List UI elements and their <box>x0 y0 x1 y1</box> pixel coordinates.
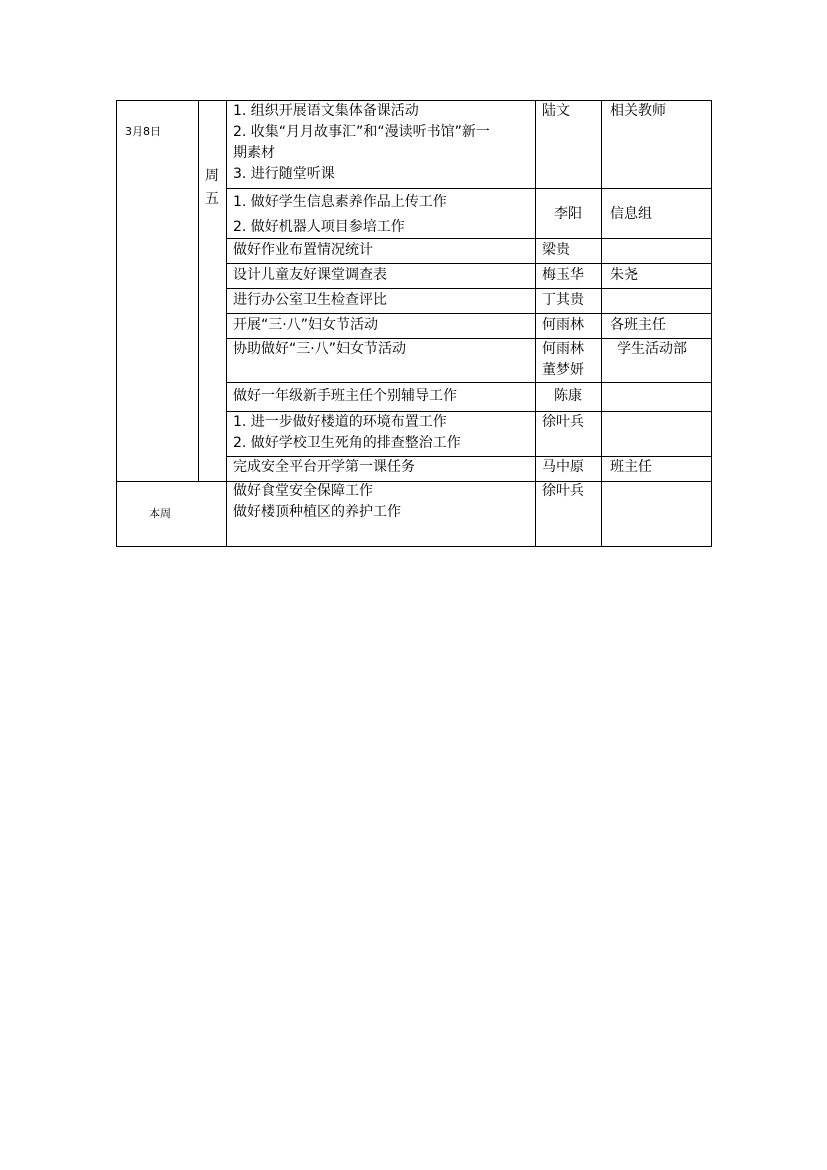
weekday-cell: 周 五 <box>205 165 219 211</box>
lead-cell: 何雨林 董梦妍 <box>542 339 584 381</box>
table-border-bottom <box>116 546 712 547</box>
participants-cell: 相关教师 <box>610 101 666 122</box>
weekday-char: 周 <box>205 165 219 188</box>
task-cell: 设计儿童友好课堂调查表 <box>233 265 387 286</box>
row-divider <box>226 263 711 264</box>
lead-cell: 徐叶兵 <box>542 412 584 433</box>
task-cell: 1. 进一步做好楼道的环境布置工作 2. 做好学校卫生死角的排查整治工作 <box>233 412 461 454</box>
participants-cell: 班主任 <box>610 457 652 478</box>
date-cell: 3月8日 <box>125 121 161 142</box>
task-line: 1. 做好学生信息素养作品上传工作 <box>233 190 447 215</box>
task-line: 做好楼顶种植区的养护工作 <box>233 502 401 523</box>
participants-cell: 各班主任 <box>610 315 666 336</box>
task-line: 1. 进一步做好楼道的环境布置工作 <box>233 412 461 433</box>
task-cell: 做好食堂安全保障工作 做好楼顶种植区的养护工作 <box>233 481 401 523</box>
task-line: 期素材 <box>233 143 490 164</box>
col-divider <box>198 100 199 481</box>
document-page: 3月8日 周 五 1. 组织开展语文集体备课活动 2. 收集“月月故事汇”和“漫… <box>0 0 827 1170</box>
week-label-cell: 本周 <box>149 503 171 524</box>
lead-cell: 何雨林 <box>542 315 584 336</box>
participants-cell: 朱尧 <box>610 265 638 286</box>
task-line: 2. 收集“月月故事汇”和“漫读听书馆”新一 <box>233 122 490 143</box>
table-border-right <box>711 100 712 547</box>
col-divider <box>601 100 602 546</box>
task-cell: 1. 做好学生信息素养作品上传工作 2. 做好机器人项目参培工作 <box>233 190 447 240</box>
lead-cell: 陈康 <box>554 386 582 407</box>
col-divider <box>226 100 227 546</box>
task-line: 做好食堂安全保障工作 <box>233 481 401 502</box>
lead-cell: 徐叶兵 <box>542 481 584 502</box>
col-divider <box>535 100 536 546</box>
task-cell: 开展“三·八”妇女节活动 <box>233 315 378 336</box>
task-cell: 进行办公室卫生检查评比 <box>233 290 387 311</box>
task-line: 2. 做好学校卫生死角的排查整治工作 <box>233 433 461 454</box>
task-line: 3. 进行随堂听课 <box>233 164 490 185</box>
block-divider <box>116 481 711 482</box>
lead-cell: 梁贵 <box>542 240 570 261</box>
task-cell: 完成安全平台开学第一课任务 <box>233 457 415 478</box>
task-cell: 做好作业布置情况统计 <box>233 240 373 261</box>
row-divider <box>226 288 711 289</box>
lead-cell: 丁其贵 <box>542 290 584 311</box>
task-cell: 做好一年级新手班主任个别辅导工作 <box>233 386 457 407</box>
lead-cell: 马中原 <box>542 457 584 478</box>
row-divider <box>226 313 711 314</box>
task-line: 1. 组织开展语文集体备课活动 <box>233 101 490 122</box>
participants-cell: 信息组 <box>610 204 652 225</box>
table-border-left <box>116 100 117 546</box>
lead-cell: 李阳 <box>554 204 582 225</box>
task-cell: 协助做好“三·八”妇女节活动 <box>233 339 406 360</box>
lead-line: 董梦妍 <box>542 360 584 381</box>
lead-cell: 梅玉华 <box>542 265 584 286</box>
participants-cell: 学生活动部 <box>617 339 687 360</box>
lead-cell: 陆文 <box>542 101 570 122</box>
row-divider <box>226 188 711 189</box>
weekday-char: 五 <box>205 188 219 211</box>
lead-line: 何雨林 <box>542 339 584 360</box>
task-line: 2. 做好机器人项目参培工作 <box>233 215 447 240</box>
task-cell: 1. 组织开展语文集体备课活动 2. 收集“月月故事汇”和“漫读听书馆”新一 期… <box>233 101 490 185</box>
row-divider <box>226 382 711 383</box>
